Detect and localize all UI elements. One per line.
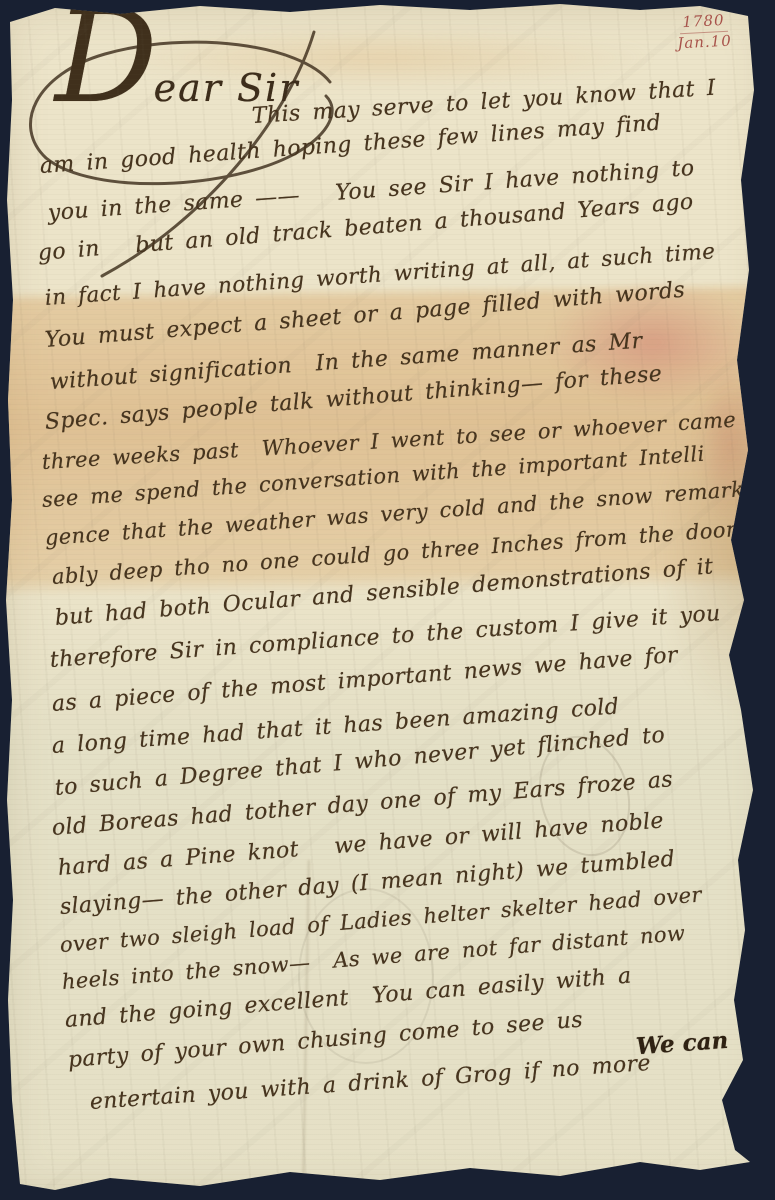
red-stain-edge <box>698 360 762 530</box>
archival-date-annotation: 1780 Jan.10 <box>667 10 741 53</box>
annotation-year: 1780 <box>679 11 728 34</box>
emphasis-we-can: We can <box>635 1027 729 1060</box>
salutation: Dear Sir <box>55 58 299 110</box>
annotation-date: Jan.10 <box>677 31 732 52</box>
vertical-crease <box>302 860 310 1190</box>
letter-paper: Dear Sir This may serve to let you know … <box>0 0 775 1200</box>
